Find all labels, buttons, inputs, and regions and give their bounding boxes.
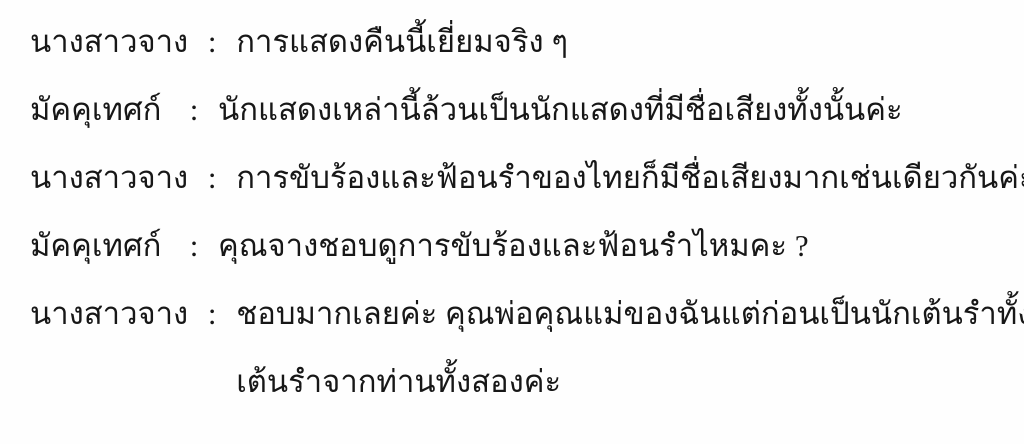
speaker-separator: : bbox=[188, 144, 236, 212]
dialogue-turn: นางสาวจาง : การแสดงคืนนี้เยี่ยมจริง ๆ bbox=[30, 8, 1010, 76]
utterance: คุณจางชอบดูการขับร้องและฟ้อนรำไหมคะ ? bbox=[218, 212, 1010, 280]
speaker-name: นางสาวจาง bbox=[30, 8, 188, 76]
utterance: ชอบมากเลยค่ะ คุณพ่อคุณแม่ของฉันแต่ก่อนเป… bbox=[236, 280, 1010, 416]
dialogue-turn: มัคคุเทศก์ : นักแสดงเหล่านี้ล้วนเป็นนักแ… bbox=[30, 76, 1010, 144]
dialogue-turn: นางสาวจาง : ชอบมากเลยค่ะ คุณพ่อคุณแม่ของ… bbox=[30, 280, 1010, 416]
utterance-line: ชอบมากเลยค่ะ คุณพ่อคุณแม่ของฉันแต่ก่อนเป… bbox=[236, 280, 1010, 348]
dialogue-turn: นางสาวจาง : การขับร้องและฟ้อนรำของไทยก็ม… bbox=[30, 144, 1010, 212]
utterance-line-continuation: เต้นรำจากท่านทั้งสองค่ะ bbox=[236, 348, 1010, 416]
utterance-line: การแสดงคืนนี้เยี่ยมจริง ๆ bbox=[236, 8, 1010, 76]
speaker-separator: : bbox=[188, 280, 236, 348]
utterance: การขับร้องและฟ้อนรำของไทยก็มีชื่อเสียงมา… bbox=[236, 144, 1010, 212]
dialogue-document: นางสาวจาง : การแสดงคืนนี้เยี่ยมจริง ๆ มั… bbox=[0, 0, 1024, 444]
utterance: การแสดงคืนนี้เยี่ยมจริง ๆ bbox=[236, 8, 1010, 76]
speaker-name: มัคคุเทศก์ bbox=[30, 212, 170, 280]
utterance-line: คุณจางชอบดูการขับร้องและฟ้อนรำไหมคะ ? bbox=[218, 212, 1010, 280]
utterance-line: การขับร้องและฟ้อนรำของไทยก็มีชื่อเสียงมา… bbox=[236, 144, 1010, 212]
speaker-name: นางสาวจาง bbox=[30, 280, 188, 348]
speaker-name: นางสาวจาง bbox=[30, 144, 188, 212]
dialogue-turn: มัคคุเทศก์ : คุณจางชอบดูการขับร้องและฟ้อ… bbox=[30, 212, 1010, 280]
speaker-separator: : bbox=[170, 76, 218, 144]
speaker-separator: : bbox=[170, 212, 218, 280]
speaker-name: มัคคุเทศก์ bbox=[30, 76, 170, 144]
speaker-separator: : bbox=[188, 8, 236, 76]
utterance: นักแสดงเหล่านี้ล้วนเป็นนักแสดงที่มีชื่อเ… bbox=[218, 76, 1010, 144]
utterance-line: นักแสดงเหล่านี้ล้วนเป็นนักแสดงที่มีชื่อเ… bbox=[218, 76, 1010, 144]
